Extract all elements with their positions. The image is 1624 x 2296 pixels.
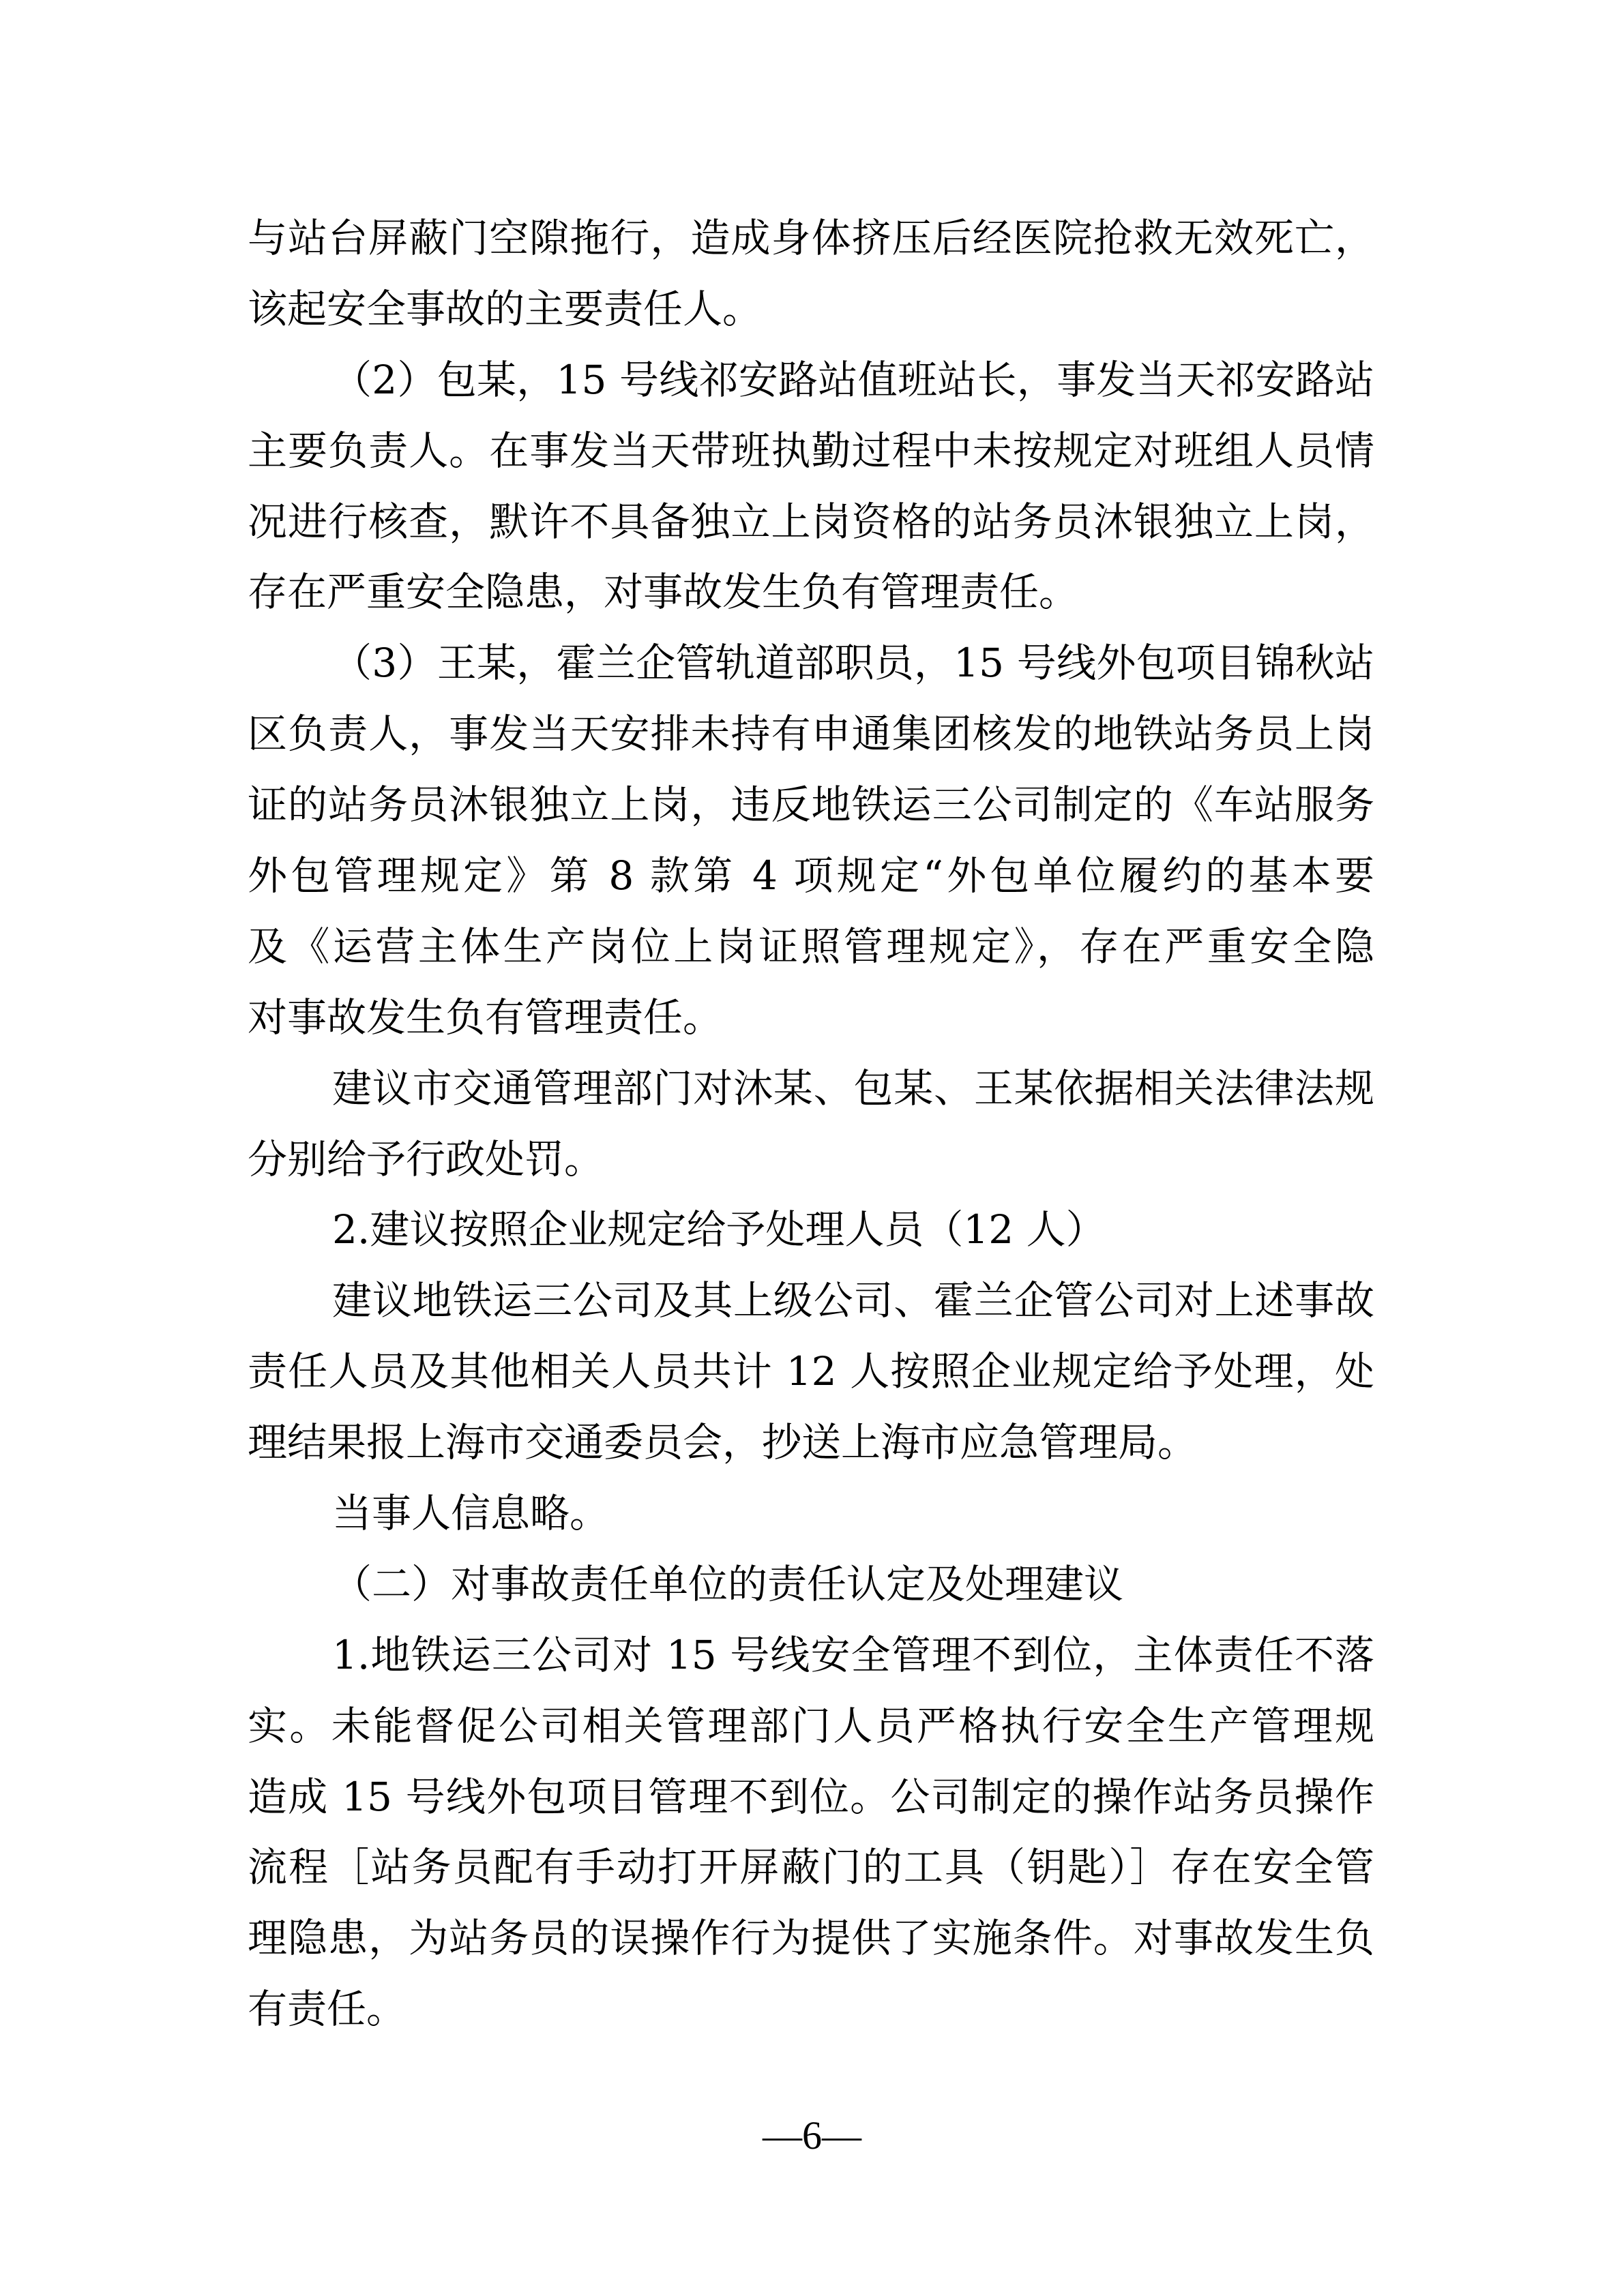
text-line: （2）包某，15 号线祁安路站值班站长，事发当天祁安路站 xyxy=(248,345,1374,416)
text-line: 区负责人，事发当天安排未持有申通集团核发的地铁站务员上岗 xyxy=(248,699,1374,770)
text-line: 实。未能督促公司相关管理部门人员严格执行安全生产管理规定， xyxy=(248,1691,1374,1762)
text-line: 建议市交通管理部门对沐某、包某、王某依据相关法律法规 xyxy=(248,1054,1374,1124)
text-line: 外包管理规定》第 8 款第 4 项规定“外包单位履约的基本要求”以 xyxy=(248,841,1374,912)
text-line: 及《运营主体生产岗位上岗证照管理规定》，存在严重安全隐患， xyxy=(248,912,1374,983)
text-line: 理结果报上海市交通委员会，抄送上海市应急管理局。 xyxy=(248,1407,1374,1478)
document-page: 与站台屏蔽门空隙拖行，造成身体挤压后经医院抢救无效死亡， 该起安全事故的主要责任… xyxy=(0,0,1624,2296)
text-line: 主要负责人。在事发当天带班执勤过程中未按规定对班组人员情 xyxy=(248,416,1374,487)
text-line: 1.地铁运三公司对 15 号线安全管理不到位，主体责任不落 xyxy=(248,1620,1374,1691)
text-line: 当事人信息略。 xyxy=(248,1478,1374,1549)
text-line: 况进行核查，默许不具备独立上岗资格的站务员沐银独立上岗， xyxy=(248,487,1374,558)
page-number: —6— xyxy=(0,2113,1624,2158)
text-line: 证的站务员沐银独立上岗，违反地铁运三公司制定的《车站服务 xyxy=(248,770,1374,841)
document-body: 与站台屏蔽门空隙拖行，造成身体挤压后经医院抢救无效死亡， 该起安全事故的主要责任… xyxy=(248,203,1374,2045)
text-line: 流程［站务员配有手动打开屏蔽门的工具（钥匙）］存在安全管 xyxy=(248,1832,1374,1903)
text-line: 理隐患，为站务员的误操作行为提供了实施条件。对事故发生负 xyxy=(248,1903,1374,1974)
text-line: 分别给予行政处罚。 xyxy=(248,1124,1374,1195)
text-line: 与站台屏蔽门空隙拖行，造成身体挤压后经医院抢救无效死亡， xyxy=(248,203,1374,274)
text-line: 造成 15 号线外包项目管理不到位。公司制定的操作站务员操作 xyxy=(248,1762,1374,1833)
text-line: 存在严重安全隐患，对事故发生负有管理责任。 xyxy=(248,557,1374,628)
text-line: （3）王某，霍兰企管轨道部职员，15 号线外包项目锦秋站 xyxy=(248,628,1374,699)
text-line: 责任人员及其他相关人员共计 12 人按照企业规定给予处理，处 xyxy=(248,1337,1374,1407)
section-heading: 2.建议按照企业规定给予处理人员（12 人） xyxy=(248,1195,1374,1266)
text-line: 该起安全事故的主要责任人。 xyxy=(248,274,1374,345)
section-heading: （二）对事故责任单位的责任认定及处理建议 xyxy=(248,1549,1374,1620)
text-line: 有责任。 xyxy=(248,1974,1374,2045)
text-line: 建议地铁运三公司及其上级公司、霍兰企管公司对上述事故 xyxy=(248,1266,1374,1337)
text-line: 对事故发生负有管理责任。 xyxy=(248,983,1374,1054)
